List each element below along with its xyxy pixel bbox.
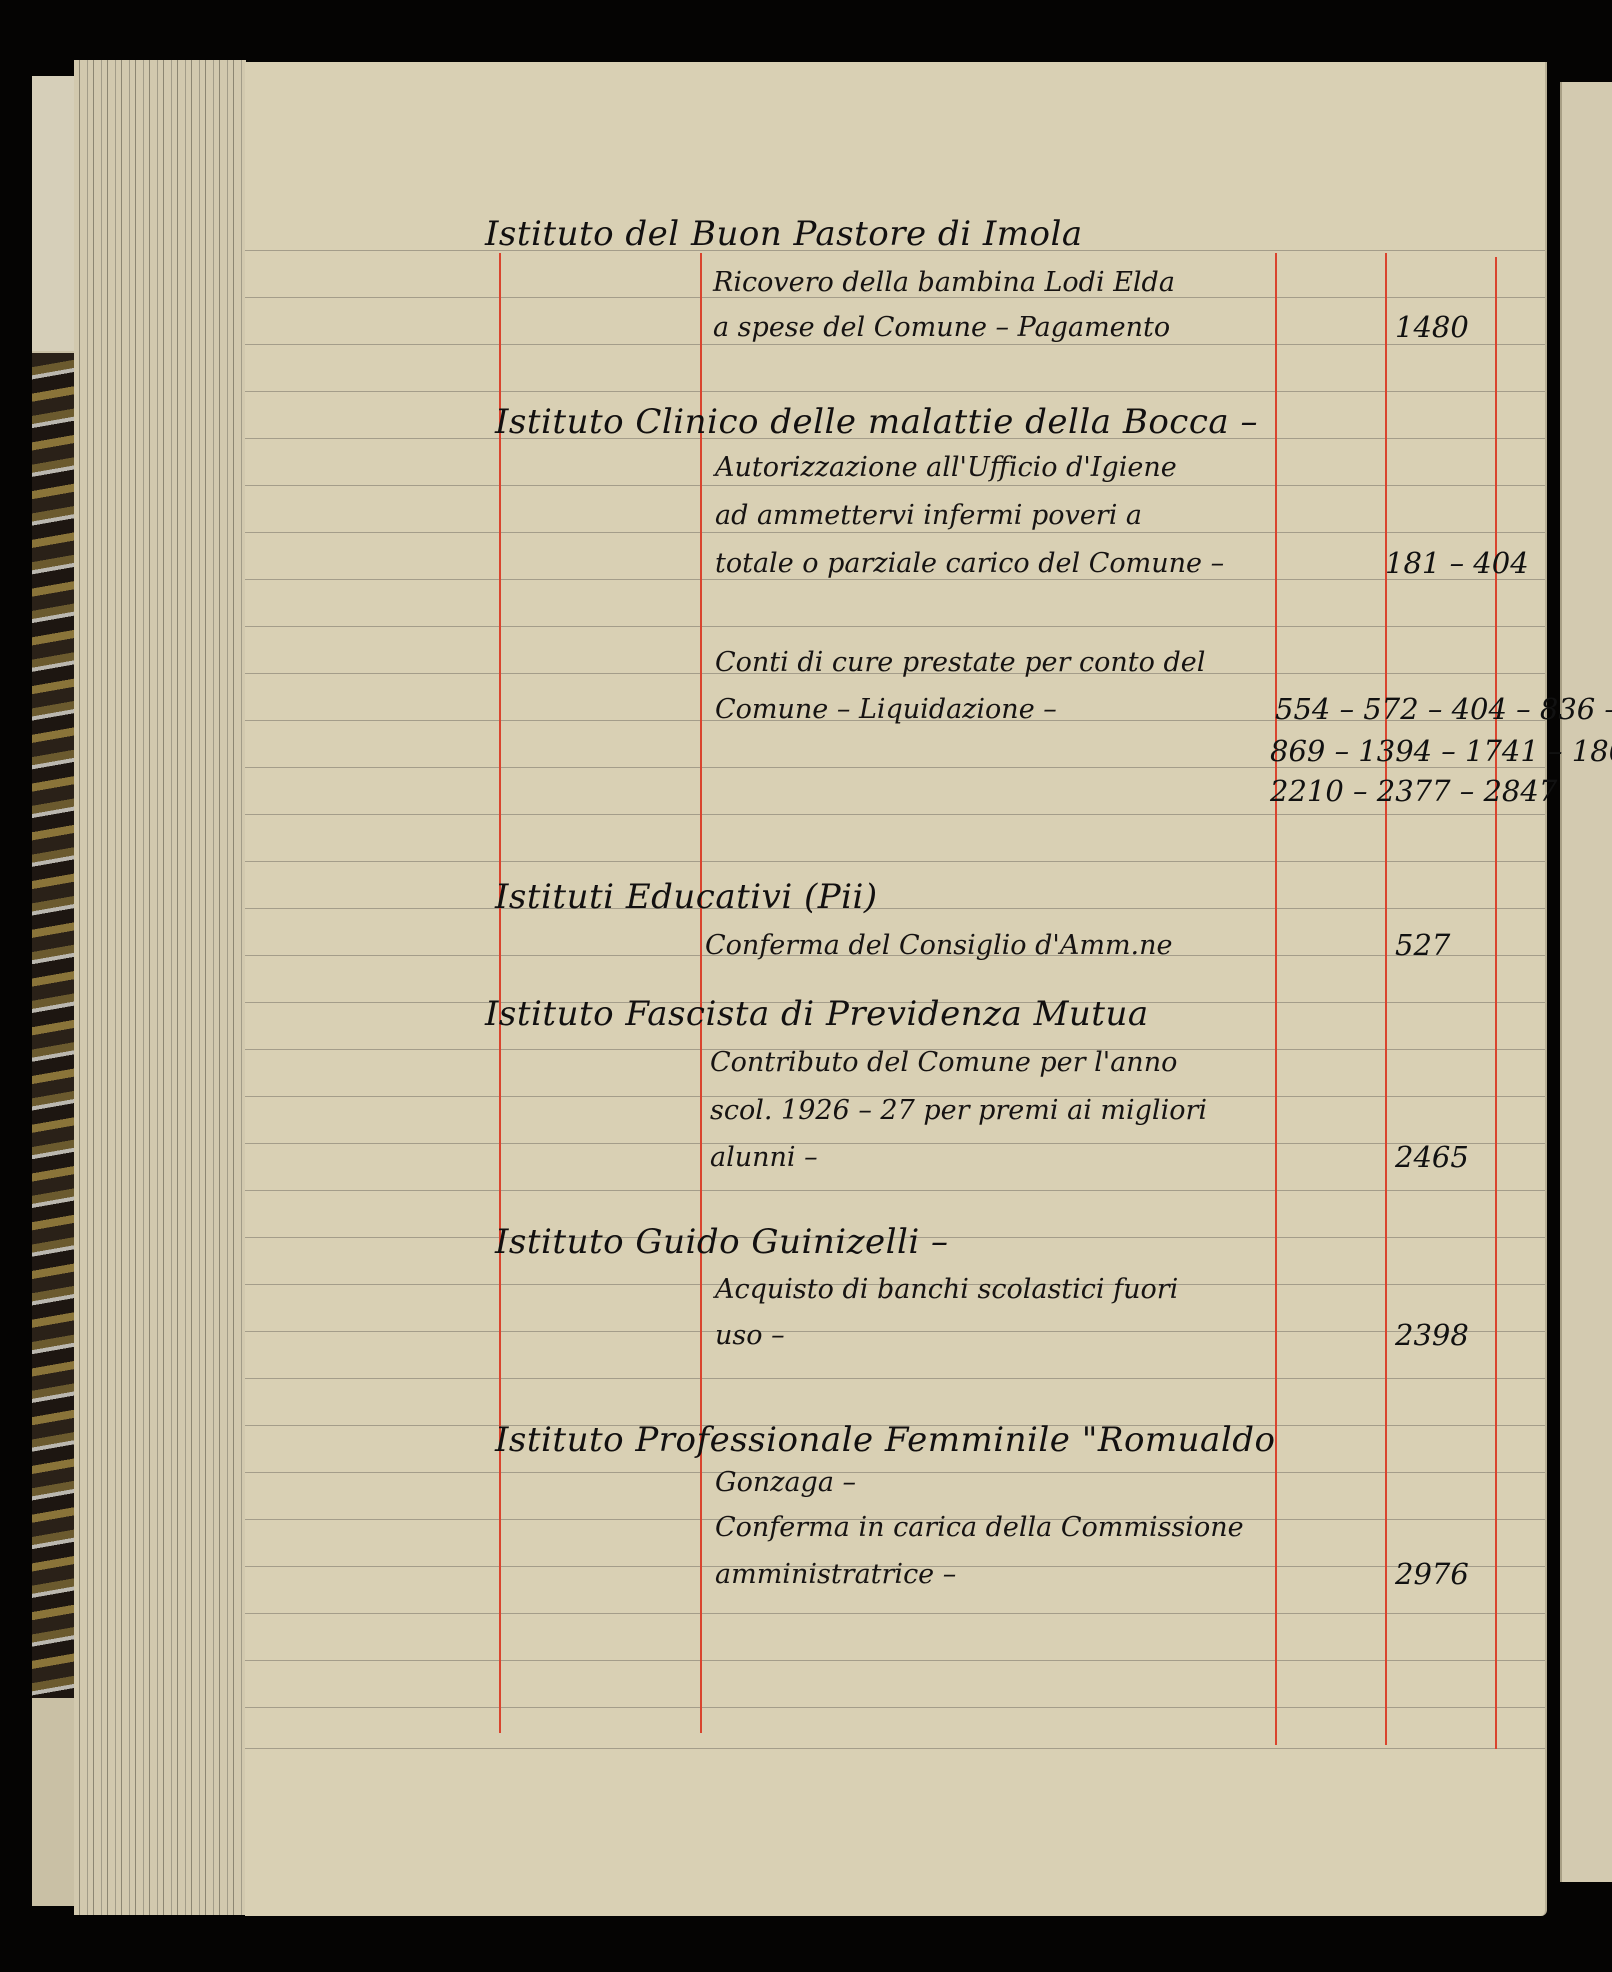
ruled-line <box>245 485 1545 486</box>
entry-line: amministratrice – <box>715 1559 956 1590</box>
entry-line: Conti di cure prestate per conto del <box>715 647 1205 678</box>
red-margin-rule <box>499 253 501 1733</box>
entry-line: alunni – <box>710 1142 818 1173</box>
red-column-rule <box>700 253 702 1733</box>
entry-line: totale o parziale carico del Comune – <box>715 548 1224 579</box>
entry-line: scol. 1926 – 27 per premi ai migliori <box>710 1095 1207 1126</box>
entry-line: Contributo del Comune per l'anno <box>710 1047 1177 1078</box>
entry-line: Gonzaga – <box>715 1467 856 1498</box>
ruled-line <box>245 532 1545 533</box>
entry-line: Conferma del Consiglio d'Amm.ne <box>705 930 1173 961</box>
page-reference: 2210 – 2377 – 2847 <box>1270 774 1557 808</box>
ruled-line <box>245 1472 1545 1473</box>
entry-title: Istituto Fascista di Previdenza Mutua <box>485 994 1149 1034</box>
page-reference: 2398 <box>1395 1318 1469 1352</box>
ruled-line <box>245 344 1545 345</box>
page-reference: 2465 <box>1395 1140 1469 1174</box>
ruled-line <box>245 626 1545 627</box>
page-reference: 2976 <box>1395 1557 1469 1591</box>
facing-page-edge <box>1560 82 1612 1882</box>
entry-title: Istituti Educativi (Pii) <box>495 877 878 917</box>
entry-line: Comune – Liquidazione – <box>715 694 1057 725</box>
page-stack-edges <box>74 60 246 1915</box>
ruled-line <box>245 1331 1545 1332</box>
ledger-page: Istituto del Buon Pastore di Imola Ricov… <box>245 62 1547 1916</box>
ruled-line <box>245 814 1545 815</box>
entry-line: uso – <box>715 1320 785 1351</box>
ruled-line <box>245 1190 1545 1191</box>
entry-line: Acquisto di banchi scolastici fuori <box>715 1274 1178 1305</box>
entry-title: Istituto Clinico delle malattie della Bo… <box>495 402 1258 442</box>
entry-line: Conferma in carica della Commissione <box>715 1512 1244 1543</box>
ruled-line <box>245 1660 1545 1661</box>
page-reference: 527 <box>1395 928 1450 962</box>
entry-line: Autorizzazione all'Ufficio d'Igiene <box>715 452 1177 483</box>
page-reference: 869 – 1394 – 1741 – 1808 – <box>1270 734 1612 768</box>
ruled-line <box>245 1378 1545 1379</box>
book-cover-flap <box>32 76 74 1906</box>
entry-title: Istituto Guido Guinizelli – <box>495 1222 949 1262</box>
ruled-line <box>245 1707 1545 1708</box>
ruled-line <box>245 861 1545 862</box>
ruled-line <box>245 391 1545 392</box>
ruled-line <box>245 908 1545 909</box>
page-reference: 1480 <box>1395 310 1469 344</box>
marbled-cover-edge <box>32 353 74 1698</box>
entry-title: Istituto del Buon Pastore di Imola <box>485 214 1083 254</box>
ruled-line <box>245 1143 1545 1144</box>
red-column-rule <box>1495 257 1497 1749</box>
page-reference: 181 – 404 <box>1385 546 1529 580</box>
red-column-rule <box>1385 253 1387 1745</box>
ruled-line <box>245 1748 1545 1749</box>
red-column-rule <box>1275 253 1277 1745</box>
entry-line: a spese del Comune – Pagamento <box>713 312 1170 343</box>
page-reference: 554 – 572 – 404 – 836 – <box>1275 692 1612 726</box>
entry-line: ad ammettervi infermi poveri a <box>715 500 1142 531</box>
ruled-line <box>245 1613 1545 1614</box>
vellum-cover-corner <box>32 76 74 351</box>
entry-line: Ricovero della bambina Lodi Elda <box>713 267 1175 298</box>
ruled-line <box>245 579 1545 580</box>
entry-title: Istituto Professionale Femminile "Romual… <box>495 1420 1275 1460</box>
